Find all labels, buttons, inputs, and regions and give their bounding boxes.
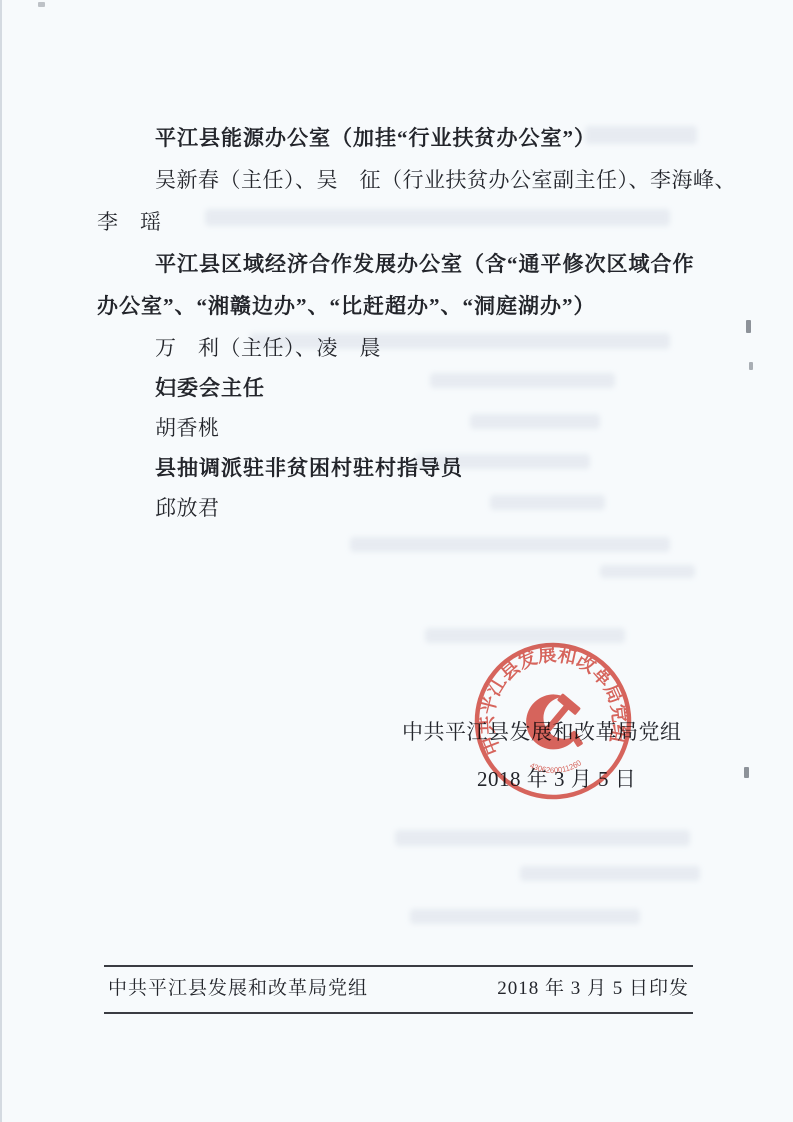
section-3-names: 胡香桃	[155, 414, 220, 442]
scan-speck	[749, 362, 753, 370]
footer-bottom-rule	[104, 1012, 693, 1014]
footer-top-rule	[104, 965, 693, 967]
scan-edge-artifact	[0, 0, 2, 1122]
bleed-through-smudge	[490, 495, 605, 510]
section-2-heading-line-2: 办公室”、“湘赣边办”、“比赶超办”、“洞庭湖办”）	[97, 292, 596, 320]
official-seal: 中共平江县发展和改革局党组 4306260011260	[469, 637, 637, 805]
section-4-heading: 县抽调派驻非贫困村驻村指导员	[155, 454, 463, 482]
section-2-heading-line-1: 平江县区域经济合作发展办公室（含“通平修次区域合作	[155, 250, 695, 278]
footer-imprint-row: 中共平江县发展和改革局党组 2018 年 3 月 5 日印发	[104, 973, 693, 1000]
bleed-through-smudge	[410, 909, 640, 924]
scan-speck	[744, 767, 749, 778]
seal-code: 4306260011260	[528, 757, 584, 778]
hammer-and-sickle-icon	[524, 692, 585, 752]
section-4-names: 邱放君	[155, 494, 220, 522]
bleed-through-smudge	[520, 866, 700, 881]
section-1-names-line-2: 李 瑶	[97, 208, 162, 236]
bleed-through-smudge	[585, 126, 697, 144]
bleed-through-smudge	[470, 414, 600, 429]
section-1-names-line-1: 吴新春（主任）、吴 征（行业扶贫办公室副主任）、李海峰、	[155, 166, 736, 194]
scan-speck	[746, 320, 751, 333]
footer-imprint-date: 2018 年 3 月 5 日印发	[497, 973, 689, 1000]
section-3-heading: 妇委会主任	[155, 374, 265, 402]
section-2-names: 万 利（主任）、凌 晨	[155, 334, 381, 362]
scan-speck	[38, 2, 45, 7]
bleed-through-smudge	[600, 565, 695, 578]
bleed-through-smudge	[350, 537, 670, 552]
bleed-through-smudge	[205, 209, 670, 226]
bleed-through-smudge	[430, 373, 615, 388]
footer-issuer: 中共平江县发展和改革局党组	[108, 973, 368, 1000]
section-1-heading: 平江县能源办公室（加挂“行业扶贫办公室”）	[155, 124, 596, 152]
bleed-through-smudge	[395, 830, 690, 846]
document-page: 平江县能源办公室（加挂“行业扶贫办公室”） 吴新春（主任）、吴 征（行业扶贫办公…	[0, 0, 793, 1122]
